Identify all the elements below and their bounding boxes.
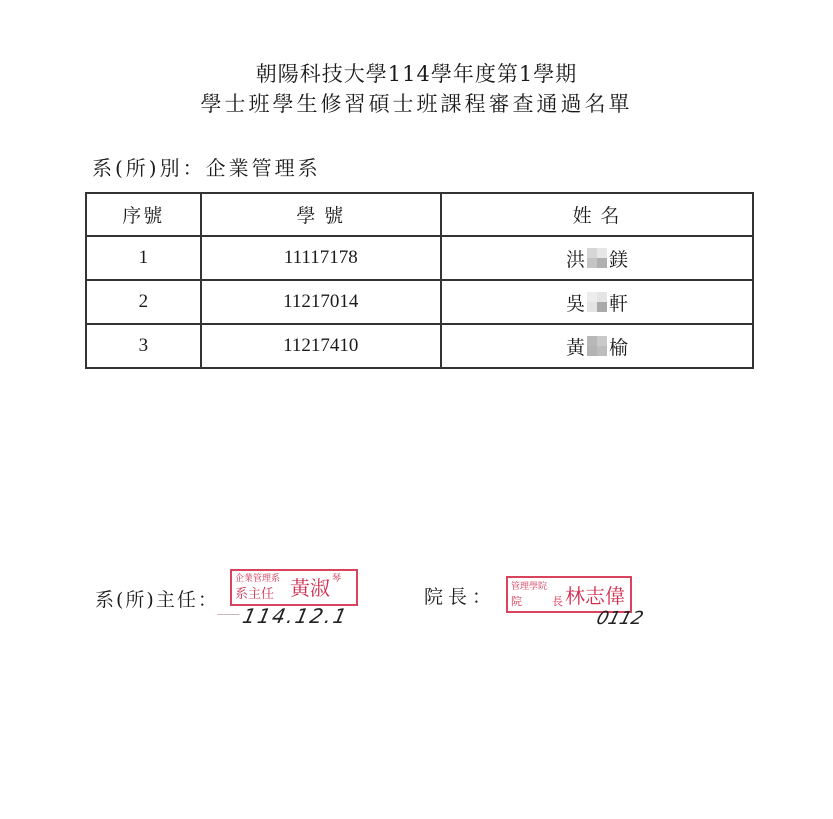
cell-name: 黃 榆 [441, 324, 753, 368]
cell-student-id: 11117178 [201, 236, 441, 280]
redaction-mosaic [587, 248, 607, 268]
cell-name: 洪 鎂 [441, 236, 753, 280]
table-row: 2 11217014 吳 軒 [86, 280, 753, 324]
chair-stamp-unit: 企業管理系 [235, 574, 280, 584]
department-line: 系(所)別：企業管理系 [92, 152, 321, 181]
header-name: 姓 名 [441, 193, 753, 236]
department-label: 系(所)別： [92, 156, 206, 180]
name-first-char: 吳 [566, 289, 585, 316]
chair-stamp-name-tail: 琴 [332, 571, 341, 584]
dean-stamp-title: 院 長 [511, 597, 563, 607]
redaction-mosaic [587, 292, 607, 312]
dean-handwritten-date: 0112 [594, 608, 645, 629]
header-seq: 序號 [86, 193, 201, 236]
chair-handwritten-date: 114.12.1 [240, 604, 350, 628]
chair-label: 系(所)主任： [95, 585, 219, 612]
name-last-char: 軒 [609, 289, 628, 316]
department-value: 企業管理系 [206, 156, 321, 180]
table-row: 1 11117178 洪 鎂 [86, 236, 753, 280]
dean-stamp-title-b: 長 [552, 597, 563, 607]
table-row: 3 11217410 黃 榆 [86, 324, 753, 368]
document-title-line2: 學士班學生修習碩士班課程審查通過名單 [0, 88, 833, 118]
name-first-char: 黃 [566, 333, 585, 360]
chair-seal-stamp: 企業管理系 系主任 黃淑 琴 [230, 569, 358, 606]
cell-name: 吳 軒 [441, 280, 753, 324]
dean-stamp-unit: 管理學院 [511, 582, 547, 592]
chair-stamp-name: 黃淑 [290, 577, 330, 599]
name-first-char: 洪 [566, 245, 585, 272]
cell-seq: 3 [86, 324, 201, 368]
cell-seq: 1 [86, 236, 201, 280]
dean-stamp-title-a: 院 [511, 597, 522, 607]
table-header-row: 序號 學 號 姓 名 [86, 193, 753, 236]
name-last-char: 鎂 [609, 245, 628, 272]
cell-student-id: 11217410 [201, 324, 441, 368]
dean-label: 院長： [424, 582, 496, 609]
cell-student-id: 11217014 [201, 280, 441, 324]
redaction-mosaic [587, 336, 607, 356]
approval-list-table: 序號 學 號 姓 名 1 11117178 洪 鎂 2 11217014 吳 [85, 192, 754, 369]
dean-stamp-name: 林志偉 [565, 585, 625, 607]
cell-seq: 2 [86, 280, 201, 324]
header-student-id: 學 號 [201, 193, 441, 236]
document-title-line1: 朝陽科技大學114學年度第1學期 [0, 58, 833, 88]
name-last-char: 榆 [609, 333, 628, 360]
chair-stamp-title: 系主任 [235, 588, 274, 602]
